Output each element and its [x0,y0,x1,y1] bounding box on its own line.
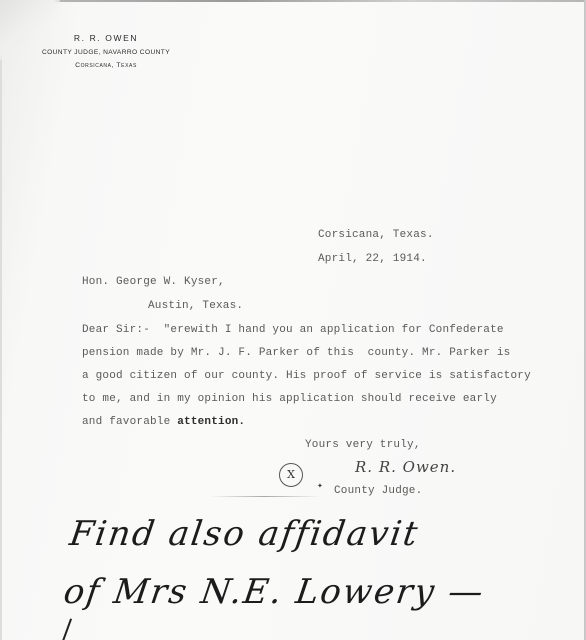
page-top-edge [0,0,586,2]
letterhead-name: R. R. OWEN [36,33,176,43]
body-last-word: attention. [177,416,245,428]
closing: Yours very truly, [305,439,421,451]
body-line: a good citizen of our county. His proof … [82,370,531,382]
letter-date: April, 22, 1914. [318,253,427,265]
ink-mark-icon: ✦ [317,482,323,490]
body-line: pension made by Mr. J. F. Parker of this… [82,347,510,359]
handwritten-note-line2: of Mrs N.E. Lowery — [61,572,487,612]
letterhead-title: COUNTY JUDGE, NAVARRO COUNTY [36,49,176,56]
signer-title: County Judge. [334,485,422,497]
body-line: Dear Sir:- "erewith I hand you an applic… [82,324,504,336]
handwritten-note-line1: Find also affidavit [67,514,422,554]
letterhead-city: Corsicana, Texas [36,62,176,69]
body-line-text: and favorable [82,416,177,428]
letter-page: R. R. OWEN COUNTY JUDGE, NAVARRO COUNTY … [0,0,586,640]
recipient-city: Austin, Texas. [148,300,243,312]
body-line: to me, and in my opinion his application… [82,393,497,405]
circle-x-mark-icon: X [279,463,303,487]
body-line-last: and favorable attention. [82,416,245,428]
recipient-name: Hon. George W. Kyser, [82,276,225,288]
letter-place: Corsicana, Texas. [318,229,434,241]
letterhead: R. R. OWEN COUNTY JUDGE, NAVARRO COUNTY … [36,33,176,69]
handwriting-descender [62,618,72,640]
signature: R. R. Owen. [355,458,456,476]
fold-line [210,496,320,497]
page-left-edge [0,0,2,640]
